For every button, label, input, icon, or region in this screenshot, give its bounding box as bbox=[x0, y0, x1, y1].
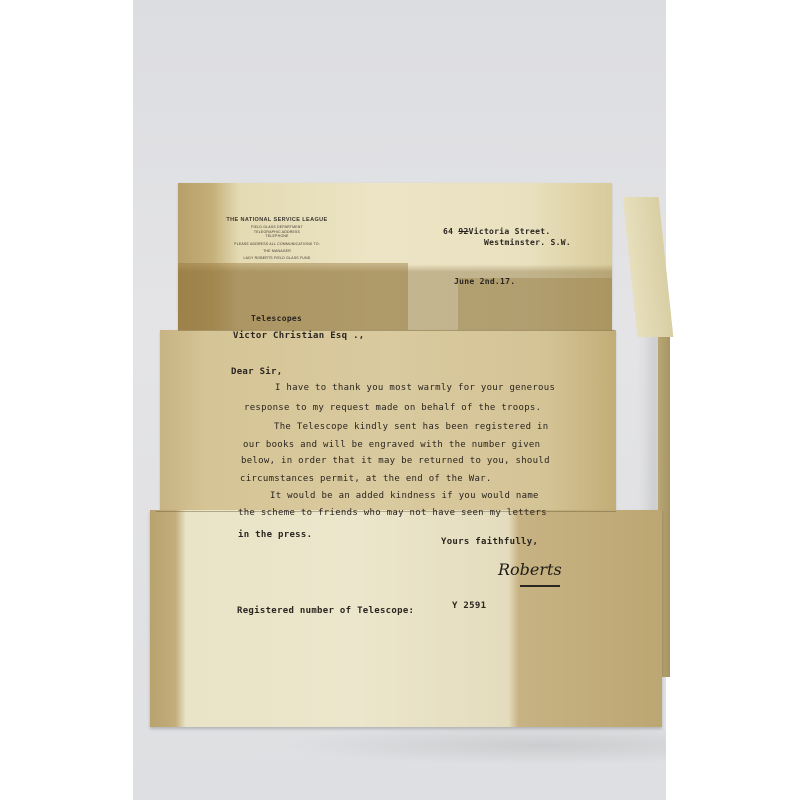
paper-shadow bbox=[283, 725, 666, 765]
letterhead-department: FIELD GLASS DEPARTMENT bbox=[212, 225, 342, 229]
letterhead-telephone: TELEPHONE bbox=[212, 234, 342, 238]
letter-bottom-panel bbox=[150, 510, 662, 727]
body-line: The Telescope kindly sent has been regis… bbox=[274, 422, 549, 432]
second-document-top bbox=[623, 197, 674, 337]
address-line-1: 64 92Victoria Street. bbox=[443, 227, 550, 236]
address-number: 64 bbox=[443, 227, 453, 236]
address-city: Westminster. S.W. bbox=[484, 238, 571, 247]
body-line: I have to thank you most warmly for your… bbox=[275, 383, 555, 393]
closing: Yours faithfully, bbox=[441, 537, 538, 547]
letterhead-organization: THE NATIONAL SERVICE LEAGUE bbox=[212, 217, 342, 223]
letterhead-fund: LADY ROBERTS FIELD GLASS FUND bbox=[212, 256, 342, 260]
salutation: Dear Sir, bbox=[231, 367, 282, 377]
letter-reference: Telescopes bbox=[251, 314, 302, 323]
address-street: Victoria Street. bbox=[469, 227, 551, 236]
body-line: below, in order that it may be returned … bbox=[241, 456, 550, 466]
body-line: circumstances permit, at the end of the … bbox=[240, 474, 492, 484]
registration-label: Registered number of Telescope: bbox=[237, 606, 414, 616]
body-line: response to my request made on behalf of… bbox=[244, 403, 541, 413]
body-line: the scheme to friends who may not have s… bbox=[238, 508, 547, 518]
recipient: Victor Christian Esq ., bbox=[233, 331, 365, 341]
letter-middle-panel bbox=[160, 330, 616, 512]
body-line: It would be an added kindness if you wou… bbox=[270, 491, 539, 501]
body-line: our books and will be engraved with the … bbox=[243, 440, 540, 450]
letter-date: June 2nd.17. bbox=[454, 277, 515, 286]
signature-underline bbox=[520, 585, 560, 587]
signature: Roberts bbox=[498, 560, 562, 579]
body-line: in the press. bbox=[238, 530, 312, 540]
address-struck-number: 92 bbox=[458, 227, 468, 236]
registration-number: Y 2591 bbox=[452, 601, 486, 611]
letterhead-address-instruction: PLEASE ADDRESS ALL COMMUNICATIONS TO: bbox=[212, 242, 342, 246]
letterhead-addressee: THE MANAGER bbox=[212, 249, 342, 253]
